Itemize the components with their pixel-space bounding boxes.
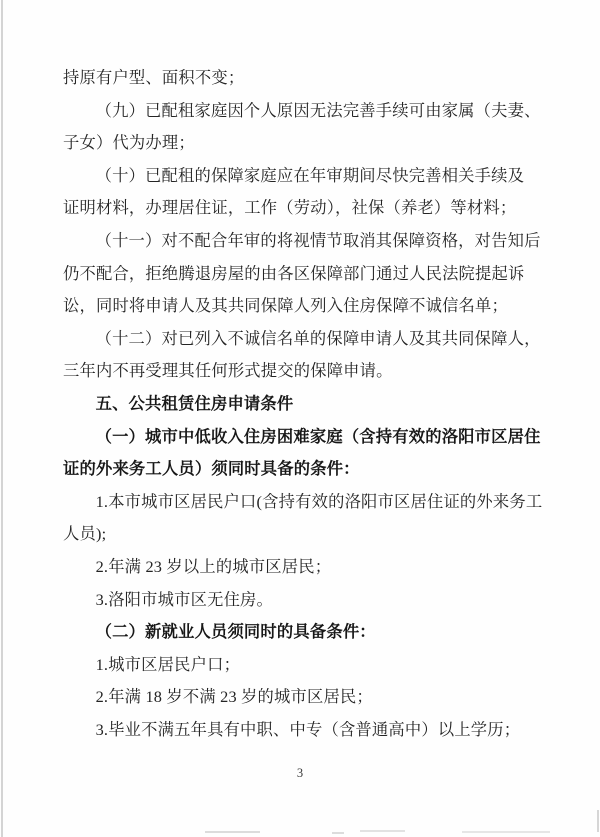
- scan-edge-left: [1, 0, 3, 837]
- group-1-item-3: 3.洛阳市城市区无住房。: [63, 584, 543, 617]
- clause-8-continuation: 持原有户型、面积不变；: [63, 62, 543, 95]
- condition-group-2-heading: （二）新就业人员须同时的具备条件：: [63, 616, 543, 649]
- scan-smudge: [205, 831, 260, 833]
- clause-11: （十一）对不配合年审的将视情节取消其保障资格，对告知后 仍不配合，拒绝腾退房屋的…: [63, 225, 543, 323]
- document-page: 持原有户型、面积不变； （九）已配租家庭因个人原因无法完善手续可由家属（夫妻、 …: [0, 0, 600, 837]
- group-1-item-2: 2.年满 23 岁以上的城市区居民；: [63, 551, 543, 584]
- section-5-heading: 五、公共租赁住房申请条件: [63, 388, 543, 421]
- group-1-item-1: 1.本市城市区居民户口(含持有效的洛阳市区居住证的外来务工 人员);: [63, 486, 543, 551]
- clause-10: （十）已配租的保障家庭应在年审期间尽快完善相关手续及 证明材料，办理居住证，工作…: [63, 160, 543, 225]
- condition-group-1-heading: （一）城市中低收入住房困难家庭（含持有效的洛阳市区居住 证的外来务工人员）须同时…: [63, 421, 543, 486]
- page-number: 3: [0, 766, 600, 781]
- group-2-item-3: 3.毕业不满五年具有中职、中专（含普通高中）以上学历；: [63, 714, 543, 747]
- scan-smudge: [332, 832, 344, 834]
- group-2-item-2: 2.年满 18 岁不满 23 岁的城市区居民；: [63, 681, 543, 714]
- scan-smudge: [360, 830, 405, 832]
- clause-12: （十二）对已列入不诚信名单的保障申请人及其共同保障人， 三年内不再受理其任何形式…: [63, 323, 543, 388]
- clause-9: （九）已配租家庭因个人原因无法完善手续可由家属（夫妻、 子女）代为办理；: [63, 95, 543, 160]
- document-content: 持原有户型、面积不变； （九）已配租家庭因个人原因无法完善手续可由家属（夫妻、 …: [63, 62, 543, 746]
- scan-smudge: [462, 831, 550, 833]
- scan-smudge: [597, 810, 599, 832]
- group-2-item-1: 1.城市区居民户口；: [63, 649, 543, 682]
